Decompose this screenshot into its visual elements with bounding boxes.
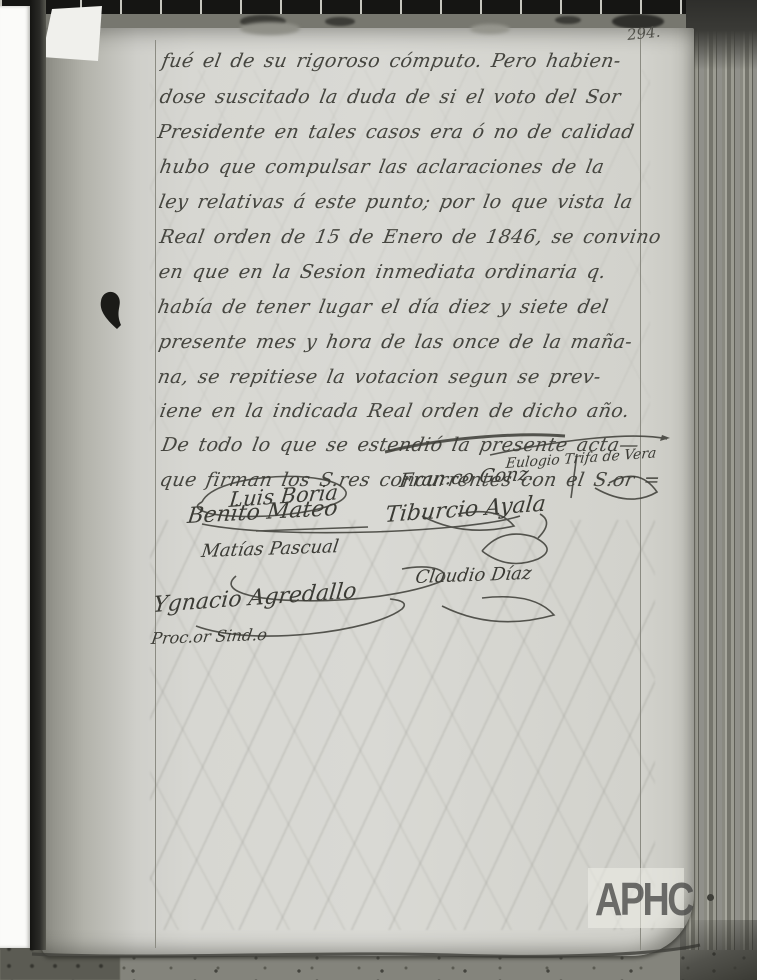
- binding-gutter-shadow: [30, 0, 46, 950]
- watermark-aphc: APHC: [595, 871, 692, 927]
- book-edge-top-shadow: [686, 0, 757, 70]
- text-line: presente mes y hora de las once de la ma…: [157, 331, 634, 353]
- signature-claudio-diaz: Claudio Díaz: [414, 563, 533, 588]
- text-line: había de tener lugar el día diez y siete…: [156, 296, 610, 318]
- page-edge-speck: [707, 894, 714, 901]
- text-line: en que en la Sesion inmediata ordinaria …: [157, 261, 608, 283]
- page-bottom-edge: [18, 936, 718, 968]
- text-line: Presidente en tales casos era ó no de ca…: [156, 121, 636, 143]
- facing-page-strip: [0, 6, 31, 948]
- text-line: dose suscitado la duda de si el voto del…: [158, 86, 623, 108]
- text-line: iene en la indicada Real orden de dicho …: [158, 400, 631, 422]
- book-edge-bottom-shadow: [680, 920, 757, 980]
- deckle-blob: [325, 17, 355, 26]
- text-line: fué el de su rigoroso cómputo. Pero habi…: [160, 50, 623, 72]
- page-top-deckle: [470, 24, 510, 34]
- text-line: ley relativas á este punto; por lo que v…: [157, 191, 634, 213]
- deckle-blob: [555, 16, 581, 24]
- scanned-manuscript-photo: 294. fué el de su rigoroso cómputo. Pero…: [0, 0, 757, 980]
- background-brick-band: [0, 0, 757, 14]
- ink-blot: [100, 291, 126, 333]
- text-line: hubo que compulsar las aclaraciones de l…: [158, 156, 606, 178]
- text-line: Real orden de 15 de Enero de 1846, se co…: [158, 226, 663, 248]
- folio-number: 294.: [626, 23, 661, 44]
- text-line: na, se repitiese la votacion segun se pr…: [156, 366, 603, 388]
- page-top-deckle: [240, 22, 300, 35]
